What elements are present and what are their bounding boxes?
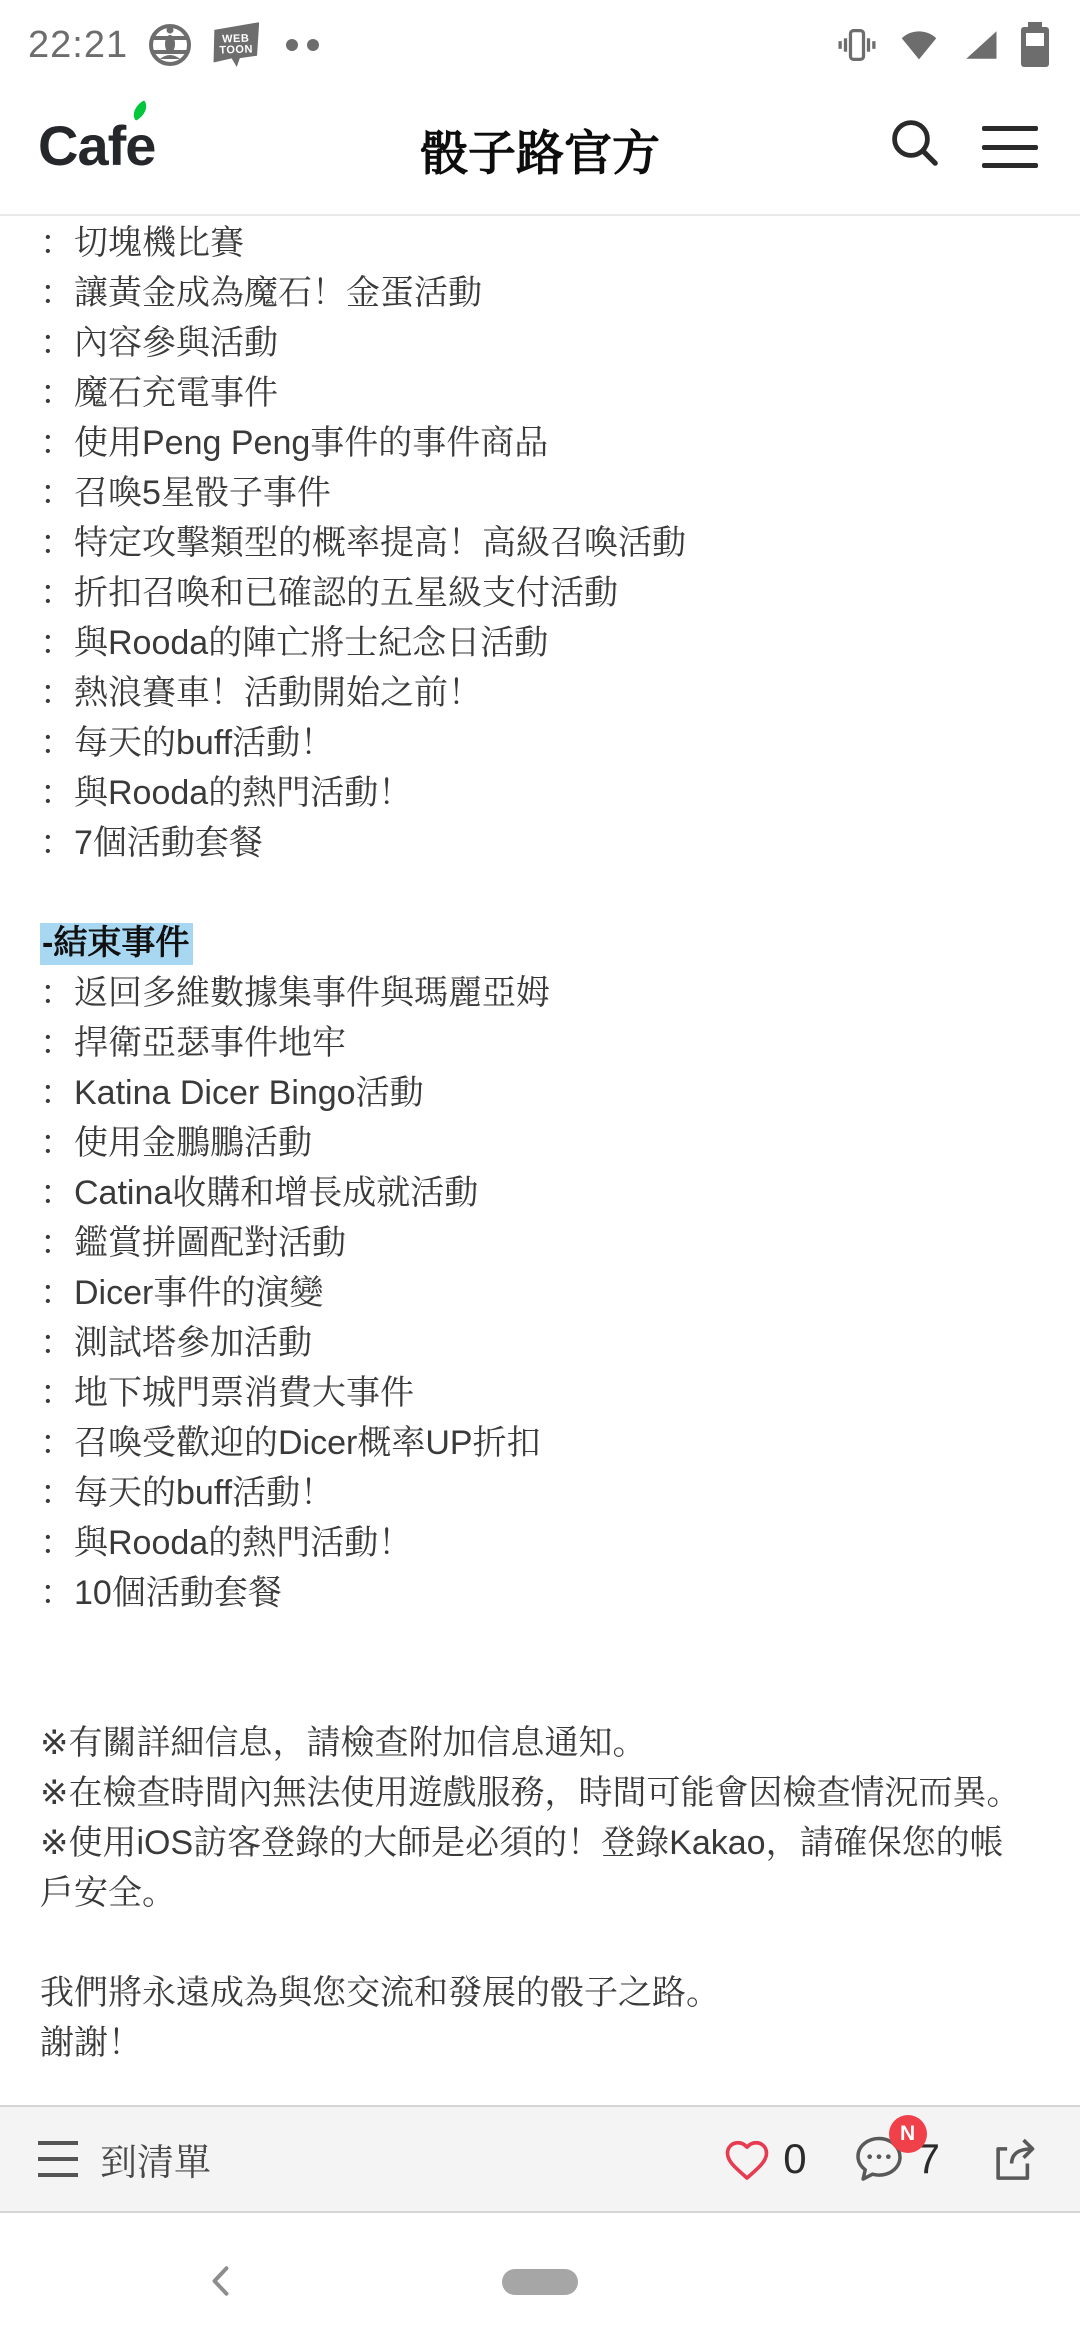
post-line [40, 1618, 1062, 1668]
post-line: 謝謝！ [40, 2018, 1062, 2068]
post-line: ：與Rooda的熱門活動！ [40, 1518, 1062, 1568]
back-button[interactable] [204, 2263, 240, 2299]
post-line: ：每天的buff活動！ [40, 718, 1062, 768]
post-section-header: -結束事件 [40, 918, 1062, 968]
webtoon-app-icon: WEB TOON [211, 22, 261, 68]
post-line: ：Katina Dicer Bingo活動 [40, 1068, 1062, 1118]
post-line: ：與Rooda的陣亡將士紀念日活動 [40, 618, 1062, 668]
app-screen: 22:21 WEB TOON [0, 0, 1080, 2340]
post-line: ：內容參與活動 [40, 318, 1062, 368]
post-line: ：折扣召喚和已確認的五星級支付活動 [40, 568, 1062, 618]
post-line: ：Dicer事件的演變 [40, 1268, 1062, 1318]
post-line: ：讓黃金成為魔石！金蛋活動 [40, 268, 1062, 318]
menu-icon[interactable] [982, 126, 1038, 168]
status-bar: 22:21 WEB TOON [0, 0, 1080, 90]
to-list-button[interactable]: 到清單 [38, 2132, 211, 2186]
post-line: ※有關詳細信息，請檢查附加信息通知。 [40, 1718, 1062, 1768]
post-line [40, 868, 1062, 918]
action-bar: 到清單 0 N 7 [0, 2105, 1080, 2213]
new-comment-badge: N [889, 2115, 927, 2153]
cafe-logo[interactable]: Cafe [38, 118, 155, 174]
post-line: ：測試塔參加活動 [40, 1318, 1062, 1368]
post-line: ：使用Peng Peng事件的事件商品 [40, 418, 1062, 468]
home-pill[interactable] [502, 2269, 578, 2295]
gesture-nav-bar [0, 2213, 1080, 2340]
vibrate-icon [834, 22, 880, 68]
post-line: ：召喚受歡迎的Dicer概率UP折扣 [40, 1418, 1062, 1468]
post-line: ：熱浪賽車！活動開始之前！ [40, 668, 1062, 718]
search-icon[interactable] [888, 116, 940, 170]
like-count: 0 [783, 2135, 806, 2183]
post-line: ：地下城門票消費大事件 [40, 1368, 1062, 1418]
page-title: 骰子路官方 [420, 115, 660, 184]
post-line: 戶安全。 [40, 1868, 1062, 1918]
clock: 22:21 [28, 24, 128, 67]
post-line: ：鑑賞拼圖配對活動 [40, 1218, 1062, 1268]
status-bar-left: 22:21 WEB TOON [28, 23, 319, 67]
cellular-signal-icon [958, 23, 1002, 67]
more-notifications-dots [286, 39, 319, 51]
post-line [40, 1918, 1062, 1968]
post-line [40, 1668, 1062, 1718]
post-line: ※使用iOS訪客登錄的大師是必須的！登錄Kakao，請確保您的帳 [40, 1818, 1062, 1868]
post-line: 我們將永遠成為與您交流和發展的骰子之路。 [40, 1968, 1062, 2018]
post-line: ：召喚5星骰子事件 [40, 468, 1062, 518]
post-line: ：使用金鵬鵬活動 [40, 1118, 1062, 1168]
wifi-icon [896, 22, 942, 68]
list-icon [38, 2139, 78, 2179]
post-line: ※在檢查時間內無法使用遊戲服務，時間可能會因檢查情況而異。 [40, 1768, 1062, 1818]
webtoon-icon-text-2: TOON [219, 44, 253, 56]
like-button[interactable]: 0 [721, 2133, 806, 2185]
post-line: ：10個活動套餐 [40, 1568, 1062, 1618]
post-line: ：返回多維數據集事件與瑪麗亞姆 [40, 968, 1062, 1018]
post-body: ：切塊機比賽：讓黃金成為魔石！金蛋活動：內容參與活動：魔石充電事件：使用Peng… [0, 218, 1080, 2068]
post-line: ：Catina收購和增長成就活動 [40, 1168, 1062, 1218]
battery-icon [1018, 21, 1052, 69]
status-bar-right [834, 21, 1052, 69]
post-line: ：魔石充電事件 [40, 368, 1062, 418]
header: Cafe 骰子路官方 [0, 90, 1080, 216]
cafe-logo-e: e [125, 114, 155, 177]
heart-icon [721, 2133, 773, 2185]
post-line: ：切塊機比賽 [40, 218, 1062, 268]
engagement-controls: 0 N 7 [721, 2131, 1042, 2187]
to-list-label: 到清單 [100, 2132, 211, 2186]
cafe-logo-caf: Caf [38, 114, 125, 177]
post-line: ：特定攻擊類型的概率提高！高級召喚活動 [40, 518, 1062, 568]
post-line: ：每天的buff活動！ [40, 1468, 1062, 1518]
post-line: ：7個活動套餐 [40, 818, 1062, 868]
post-line: ：捍衛亞瑟事件地牢 [40, 1018, 1062, 1068]
post-line: ：與Rooda的熱門活動！ [40, 768, 1062, 818]
tra-app-icon [148, 23, 192, 67]
comment-button[interactable]: N 7 [851, 2131, 940, 2187]
share-icon[interactable] [988, 2132, 1042, 2186]
